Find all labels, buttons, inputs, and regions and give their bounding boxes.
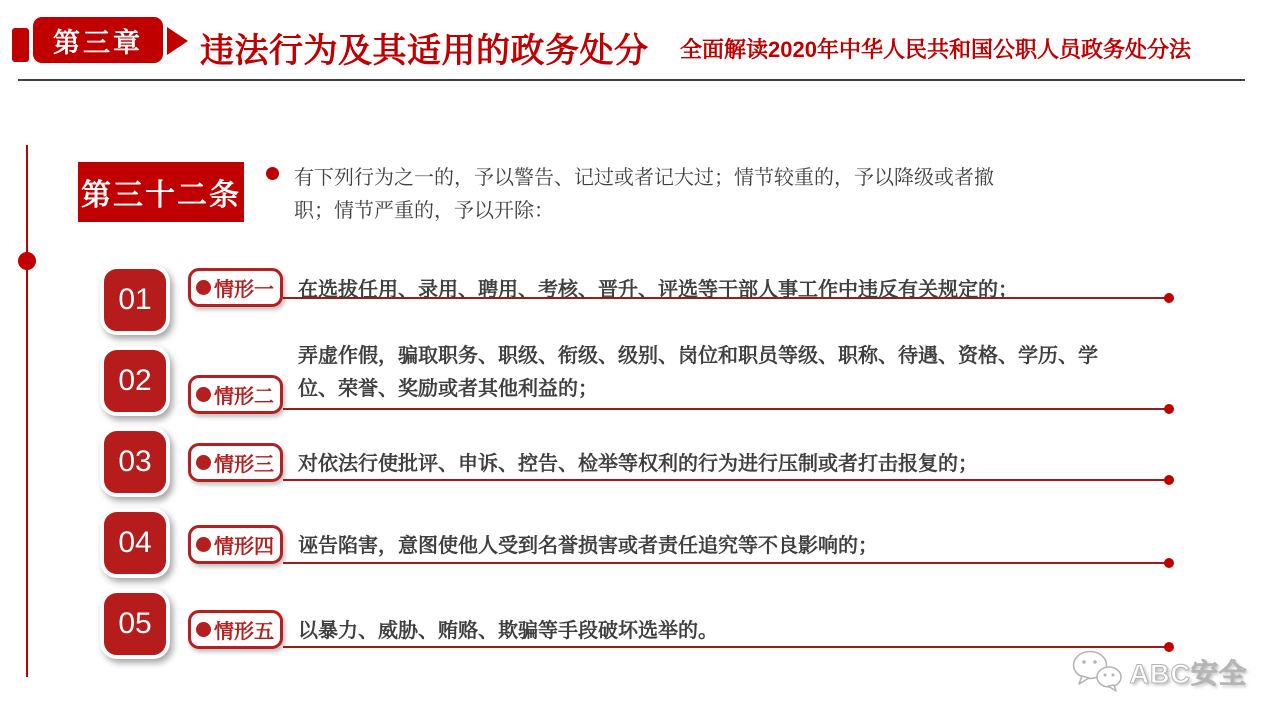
tag-label: 情形一: [214, 273, 274, 302]
wechat-icon: [1070, 648, 1124, 694]
violation-item-5: 05 情形五 以暴力、威胁、贿赂、欺骗等手段破坏选举的。: [100, 582, 1180, 663]
item-tag: 情形五: [188, 610, 283, 649]
violation-item-4: 04 情形四 诬告陷害，意图使他人受到名誉损害或者责任追究等不良影响的；: [100, 501, 1180, 582]
chapter-badge-label: 第三章: [53, 21, 143, 60]
tag-dot-icon: [196, 387, 211, 402]
item-text: 弄虚作假，骗取职务、职级、衔级、级别、岗位和职员等级、职称、待遇、资格、学历、学…: [298, 340, 1178, 406]
tag-dot-icon: [196, 280, 211, 295]
item-number-card: 05: [100, 589, 170, 659]
item-tag: 情形四: [188, 525, 283, 564]
article-intro-text: 有下列行为之一的，予以警告、记过或者记大过；情节较重的，予以降级或者撤 职；情节…: [294, 162, 1074, 228]
item-text: 以暴力、威胁、贿赂、欺骗等手段破坏选举的。: [298, 615, 1178, 648]
item-number-card: 04: [100, 508, 170, 578]
item-text: 诬告陷害，意图使他人受到名誉损害或者责任追究等不良影响的；: [298, 530, 1178, 563]
timeline-dot-icon: [18, 252, 36, 270]
item-text: 对依法行使批评、申诉、控告、检举等权利的行为进行压制或者打击报复的；: [298, 448, 1178, 481]
bullet-dot-icon: [266, 167, 279, 180]
violation-item-1: 01 情形一 在选拔任用、录用、聘用、考核、晋升、评选等干部人事工作中违反有关规…: [100, 258, 1180, 339]
watermark-label: ABC安全: [1130, 652, 1248, 691]
item-number-card: 03: [100, 427, 170, 497]
tag-label: 情形三: [214, 448, 274, 477]
violation-list: 01 情形一 在选拔任用、录用、聘用、考核、晋升、评选等干部人事工作中违反有关规…: [100, 258, 1180, 663]
item-text: 在选拔任用、录用、聘用、考核、晋升、评选等干部人事工作中违反有关规定的；: [298, 274, 1178, 307]
item-tag: 情形三: [188, 443, 283, 482]
page-title: 违法行为及其适用的政务处分: [200, 23, 649, 72]
tag-label: 情形四: [214, 530, 274, 559]
item-number: 03: [118, 445, 151, 479]
tag-label: 情形五: [214, 615, 274, 644]
page-subtitle: 全面解读2020年中华人民共和国公职人员政务处分法: [680, 33, 1191, 64]
item-number: 04: [118, 526, 151, 560]
tag-dot-icon: [196, 455, 211, 470]
arrow-right-icon: [167, 27, 188, 55]
item-tag: 情形二: [188, 375, 283, 414]
violation-item-2: 02 情形二 弄虚作假，骗取职务、职级、衔级、级别、岗位和职员等级、职称、待遇、…: [100, 339, 1180, 420]
item-number-card: 02: [100, 346, 170, 416]
tag-dot-icon: [196, 537, 211, 552]
item-number: 02: [118, 364, 151, 398]
watermark: ABC安全: [1070, 648, 1248, 694]
item-number: 01: [118, 283, 151, 317]
tag-dot-icon: [196, 622, 211, 637]
item-number: 05: [118, 607, 151, 641]
violation-item-3: 03 情形三 对依法行使批评、申诉、控告、检举等权利的行为进行压制或者打击报复的…: [100, 420, 1180, 501]
chapter-strip: [12, 28, 29, 62]
slide: 第三章 违法行为及其适用的政务处分 全面解读2020年中华人民共和国公职人员政务…: [0, 0, 1280, 720]
article-number-box: 第三十二条: [78, 162, 244, 222]
item-number-card: 01: [100, 265, 170, 335]
header-divider: [18, 79, 1245, 81]
item-rule-line: [283, 408, 1168, 410]
left-timeline-line: [26, 145, 28, 677]
article-number-label: 第三十二条: [81, 170, 241, 214]
tag-label: 情形二: [214, 380, 274, 409]
chapter-badge: 第三章: [33, 17, 163, 63]
item-tag: 情形一: [188, 268, 283, 307]
